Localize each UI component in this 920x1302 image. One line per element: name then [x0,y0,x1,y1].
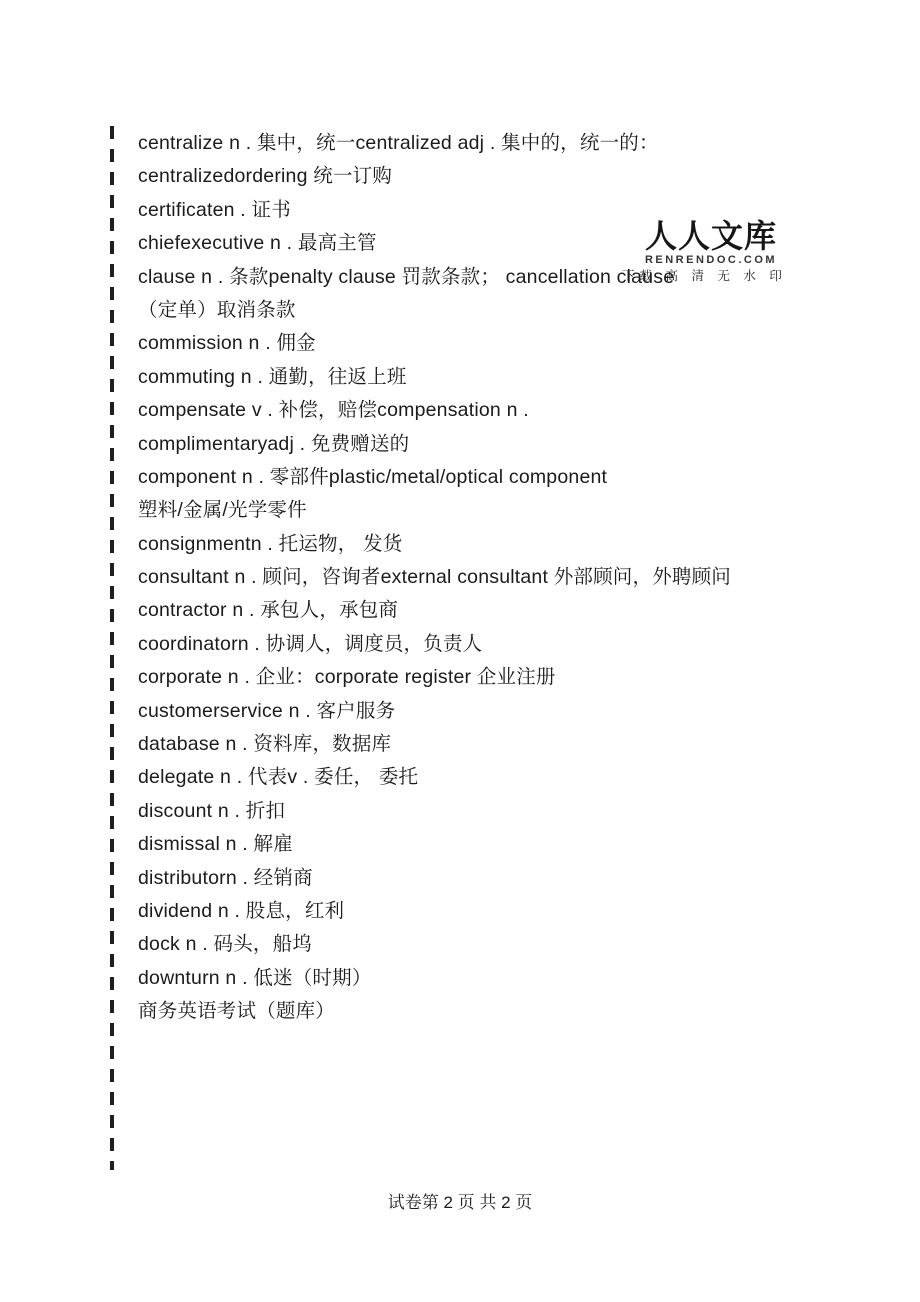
vocabulary-line: centralizedordering 统一订购 [138,160,898,193]
vocabulary-line: 塑料/金属/光学零件 [138,494,898,527]
vocabulary-line: database n . 资料库，数据库 [138,728,898,761]
vocabulary-line: dismissal n . 解雇 [138,828,898,861]
vocabulary-line: delegate n . 代表v . 委任， 委托 [138,761,898,794]
vocabulary-line: downturn n . 低迷（时期） [138,962,898,995]
vocabulary-line: contractor n . 承包人，承包商 [138,594,898,627]
vocabulary-line: commuting n . 通勤，往返上班 [138,361,898,394]
vocabulary-line: clause n . 条款penalty clause 罚款条款； cancel… [138,261,898,294]
vocabulary-line: commission n . 佣金 [138,327,898,360]
vocabulary-line: customerservice n . 客户服务 [138,695,898,728]
left-margin-dashed-line [110,126,114,1170]
vocabulary-line: 商务英语考试（题库） [138,995,898,1028]
vocabulary-line: component n . 零部件plastic/metal/optical c… [138,461,898,494]
vocabulary-line: dock n . 码头，船坞 [138,928,898,961]
vocabulary-line: distributorn . 经销商 [138,862,898,895]
vocabulary-line: （定单）取消条款 [138,294,898,327]
vocabulary-line: chiefexecutive n . 最高主管 [138,227,898,260]
vocabulary-line: certificaten . 证书 [138,194,898,227]
vocabulary-line: compensate v . 补偿，赔偿compensation n . [138,394,898,427]
page-footer: 试卷第 2 页 共 2 页 [0,1188,920,1213]
vocabulary-line: centralize n . 集中，统一centralized adj . 集中… [138,127,898,160]
vocabulary-line: consultant n . 顾问，咨询者external consultant… [138,561,898,594]
vocabulary-line: consignmentn . 托运物， 发货 [138,528,898,561]
vocabulary-line: dividend n . 股息，红利 [138,895,898,928]
vocabulary-line: coordinatorn . 协调人，调度员，负责人 [138,628,898,661]
document-page: 人人文库 RENRENDOC.COM 下载 高 清 无 水 印 centrali… [0,0,920,1302]
vocabulary-line: complimentaryadj . 免费赠送的 [138,428,898,461]
vocabulary-line: corporate n . 企业：corporate register 企业注册 [138,661,898,694]
vocabulary-list: centralize n . 集中，统一centralized adj . 集中… [138,127,898,1029]
vocabulary-line: discount n . 折扣 [138,795,898,828]
